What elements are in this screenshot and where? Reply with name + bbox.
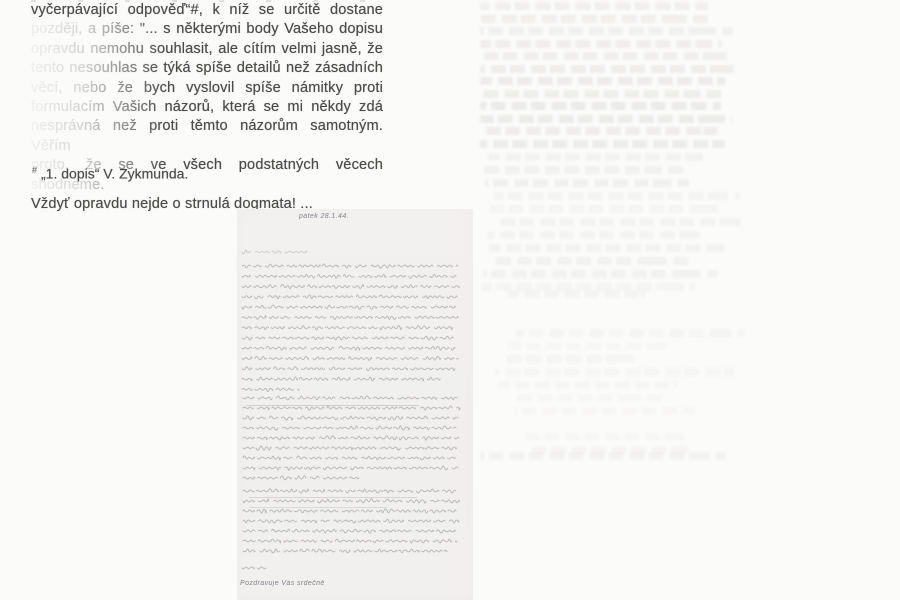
handwriting-line (243, 476, 359, 480)
handwriting-line (242, 388, 299, 391)
bleedthrough-line (480, 90, 722, 98)
handwriting-line (242, 346, 455, 350)
bleedthrough-line (507, 342, 673, 350)
bleedthrough-line (489, 205, 723, 213)
bleedthrough-line (480, 140, 725, 148)
bleedthrough-line (501, 355, 635, 363)
handwriting-line (243, 436, 459, 440)
bleedthrough-line (480, 2, 708, 10)
handwriting-line (243, 416, 458, 420)
handwriting-line (243, 529, 455, 533)
bleedthrough-line (525, 433, 690, 441)
footnote-text: „1. dopis“ V. Zykmunda. (41, 166, 188, 182)
handwriting-line (243, 466, 458, 470)
handwriting-line (243, 426, 456, 430)
handwriting-line (243, 549, 447, 553)
bleedthrough-line (516, 394, 665, 402)
bleedthrough-line (488, 153, 703, 161)
handwriting-line (242, 356, 458, 360)
paragraph-line: formulacím Vašich názorů, která se mi ně… (31, 98, 383, 117)
bleedthrough-line (480, 452, 726, 460)
bleedthrough-line (480, 65, 734, 73)
handwriting-line (242, 377, 440, 381)
letter-closing: Pozdravuje Vás srdečně (240, 580, 325, 587)
book-page-scan: vyčerpávající odpověď“#, k níž se určitě… (0, 0, 900, 600)
bleedthrough-line (483, 270, 718, 278)
handwriting-line (243, 539, 457, 543)
handwriting-line (243, 406, 460, 410)
bleedthrough-line (494, 192, 740, 200)
bleedthrough-line (508, 290, 645, 298)
handwriting-line (243, 489, 456, 493)
handwriting-line (242, 315, 458, 319)
handwriting-line (242, 284, 459, 288)
handwriting-line (242, 326, 452, 330)
bleedthrough-line (480, 127, 718, 135)
bleedthrough-line (482, 283, 695, 291)
printed-paragraph: vyčerpávající odpověď“#, k níž se určitě… (31, 1, 383, 214)
bleedthrough-line (526, 446, 687, 454)
paragraph-line: opravdu nemohu souhlasit, ale cítím velm… (31, 40, 383, 59)
handwriting-line (242, 274, 456, 278)
bleedthrough-line (480, 52, 729, 60)
paragraph-line: později, a píše: "... s některými body V… (31, 20, 383, 39)
footnote: #„1. dopis“ V. Zykmunda. (32, 165, 188, 182)
paragraph-line: tento nesouhlas se týká spíše detailů ne… (31, 59, 383, 78)
bleedthrough-line (480, 40, 722, 48)
bleedthrough-line (494, 257, 689, 265)
handwriting-line (242, 295, 457, 299)
bleedthrough-line (494, 368, 734, 376)
handwriting-line (243, 396, 457, 400)
bleedthrough-line (480, 15, 711, 23)
handwriting-line (242, 567, 266, 569)
bleedthrough-line (514, 407, 694, 415)
paragraph-line: věcí, nebo že bych vyslovil spíše námitk… (31, 79, 383, 98)
bleedthrough-line (480, 102, 721, 110)
letter-scan-image: pátek 28.1.44. Pozdravuje Vás srdečně (237, 209, 473, 600)
footnote-marker: # (32, 165, 37, 175)
bleedthrough-line (488, 231, 699, 239)
handwriting-line (243, 456, 455, 460)
handwriting-strokes (237, 209, 473, 600)
paragraph-line: vyčerpávající odpověď“#, k níž se určitě… (31, 1, 383, 20)
handwriting-line (242, 367, 455, 371)
bleedthrough-line (480, 27, 733, 35)
handwriting-line (242, 250, 307, 254)
bleedthrough-line (494, 218, 741, 226)
bleedthrough-line (480, 77, 725, 85)
handwriting-line (243, 446, 457, 450)
handwriting-line (242, 305, 455, 309)
handwriting-line (243, 509, 456, 513)
handwriting-line (242, 336, 453, 340)
handwriting-line (243, 519, 459, 523)
handwriting-line (243, 499, 460, 503)
handwriting-line (242, 264, 458, 268)
bleedthrough-line (488, 244, 725, 252)
bleedthrough-line (485, 179, 689, 187)
bleedthrough-line (498, 381, 677, 389)
bleedthrough-line (482, 166, 686, 174)
bleedthrough-line (480, 115, 732, 123)
bleedthrough-line (516, 329, 744, 337)
paragraph-line: nesprávná než proti těmto názorům samotn… (31, 117, 383, 156)
